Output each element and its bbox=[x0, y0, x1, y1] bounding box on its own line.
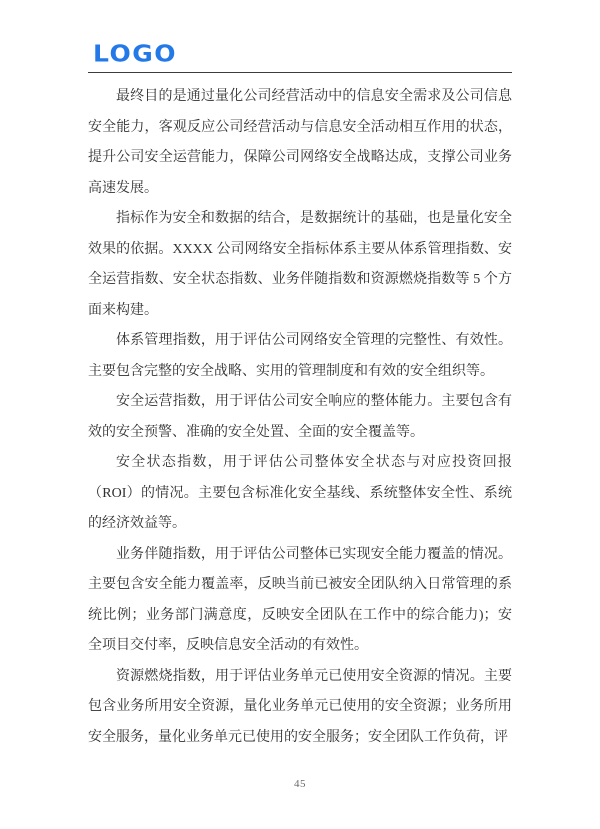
page-header: LOGO bbox=[88, 40, 512, 73]
page-number: 45 bbox=[294, 778, 306, 790]
paragraph-business-accompanying-index: 业务伴随指数，用于评估公司整体已实现安全能力覆盖的情况。主要包含安全能力覆盖率，… bbox=[88, 540, 512, 662]
company-logo: LOGO bbox=[93, 42, 177, 65]
paragraph-security-status-index: 安全状态指数，用于评估公司整体安全状态与对应投资回报（ROI）的情况。主要包含标… bbox=[88, 448, 512, 540]
paragraph-security-operation-index: 安全运营指数，用于评估公司安全响应的整体能力。主要包含有效的安全预警、准确的安全… bbox=[88, 387, 512, 448]
document-body: 最终目的是通过量化公司经营活动中的信息安全需求及公司信息安全能力，客观反应公司经… bbox=[88, 82, 512, 753]
paragraph-resource-burning-index: 资源燃烧指数，用于评估业务单元已使用安全资源的情况。主要包含业务所用安全资源，量… bbox=[88, 662, 512, 754]
header-divider bbox=[88, 72, 512, 73]
page-footer: 45 bbox=[0, 778, 600, 790]
paragraph-purpose: 最终目的是通过量化公司经营活动中的信息安全需求及公司信息安全能力，客观反应公司经… bbox=[88, 82, 512, 204]
paragraph-index-system-overview: 指标作为安全和数据的结合，是数据统计的基础，也是量化安全效果的依据。XXXX 公… bbox=[88, 204, 512, 326]
document-page: LOGO 最终目的是通过量化公司经营活动中的信息安全需求及公司信息安全能力，客观… bbox=[0, 0, 600, 829]
paragraph-system-management-index: 体系管理指数，用于评估公司网络安全管理的完整性、有效性。主要包含完整的安全战略、… bbox=[88, 326, 512, 387]
